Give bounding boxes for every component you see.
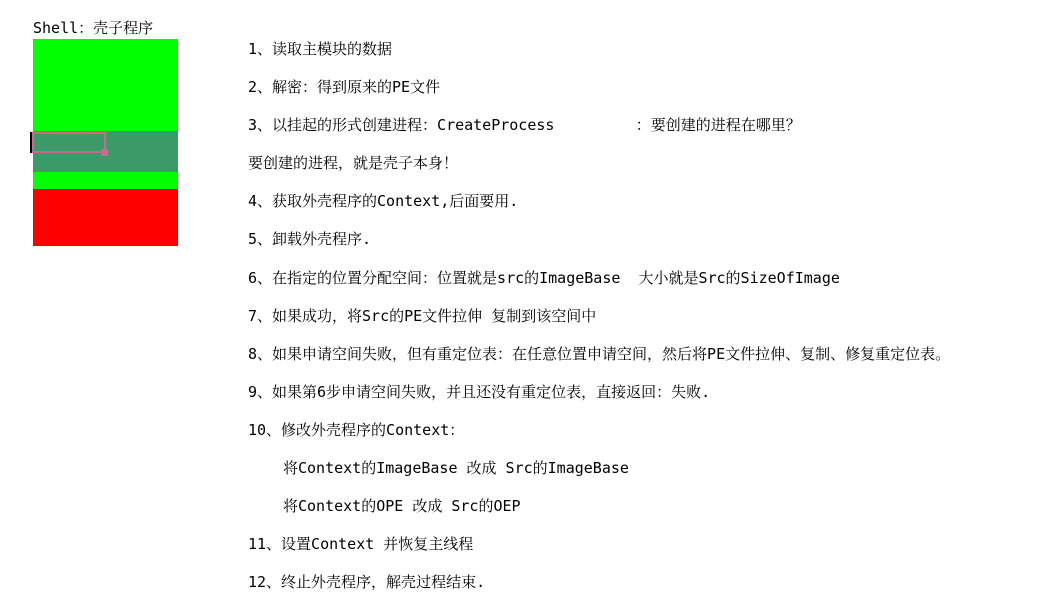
diagram-title: Shell：壳子程序 (33, 20, 153, 37)
step-line-11: 11、设置Context 并恢复主线程 (248, 525, 1038, 563)
step-line-10: 10、修改外壳程序的Context： (248, 411, 1038, 449)
step-line-12: 12、终止外壳程序，解壳过程结束. (248, 563, 1038, 601)
selection-rectangle[interactable] (32, 132, 106, 153)
step-line-4: 4、获取外壳程序的Context,后面要用. (248, 182, 1038, 220)
steps-list: 1、读取主模块的数据 2、解密：得到原来的PE文件 3、以挂起的形式创建进程：C… (248, 30, 1038, 601)
step-line-7: 7、如果成功，将Src的PE文件拉伸 复制到该空间中 (248, 297, 1038, 335)
segment-packed-data (33, 189, 178, 246)
step-line-10-sub-2: 将Context的OPE 改成 Src的OEP (248, 487, 1038, 525)
step-line-1: 1、读取主模块的数据 (248, 30, 1038, 68)
page-root: { "title": "Shell：壳子程序", "diagram": { "n… (0, 0, 1053, 610)
segment-shell-code-middle (33, 172, 178, 189)
step-line-8: 8、如果申请空间失败，但有重定位表：在任意位置申请空间，然后将PE文件拉伸、复制… (248, 335, 1038, 373)
segment-shell-code-top (33, 39, 178, 131)
step-line-3-note: 要创建的进程，就是壳子本身！ (248, 144, 1038, 182)
step-line-6: 6、在指定的位置分配空间：位置就是src的ImageBase 大小就是Src的S… (248, 259, 1038, 297)
step-line-3: 3、以挂起的形式创建进程：CreateProcess ：要创建的进程在哪里？ (248, 106, 1038, 144)
step-line-2: 2、解密：得到原来的PE文件 (248, 68, 1038, 106)
selection-handle[interactable] (101, 149, 108, 156)
step-line-9: 9、如果第6步申请空间失败，并且还没有重定位表，直接返回：失败. (248, 373, 1038, 411)
step-line-10-sub-1: 将Context的ImageBase 改成 Src的ImageBase (248, 449, 1038, 487)
step-line-5: 5、卸载外壳程序. (248, 220, 1038, 258)
